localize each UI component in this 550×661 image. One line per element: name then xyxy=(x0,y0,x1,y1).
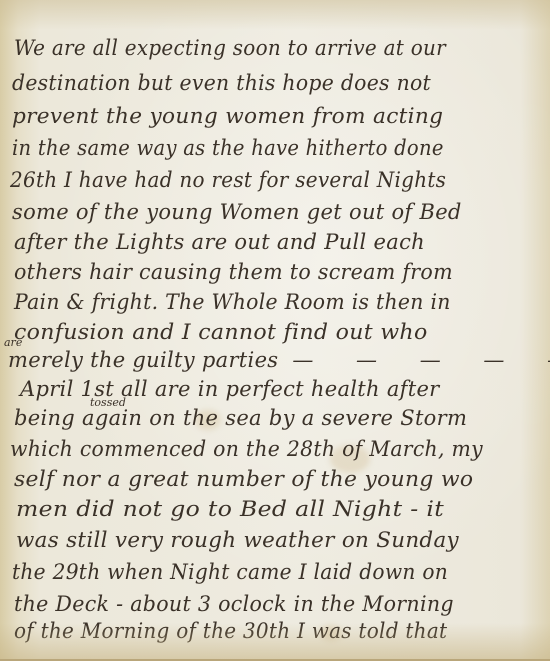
text-line-4: in the same way as the have hitherto don… xyxy=(12,136,444,160)
text-line-16: men did not go to Bed all Night - it xyxy=(16,497,444,521)
text-line-17: was still very rough weather on Sunday xyxy=(16,528,459,552)
text-line-20: of the Morning of the 30th I was told th… xyxy=(14,619,447,643)
text-line-18: the 29th when Night came I laid down on xyxy=(12,560,448,584)
text-line-11-text: merely the guilty parties xyxy=(8,348,278,372)
text-line-6: some of the young Women get out of Bed xyxy=(12,200,462,224)
text-line-14: which commenced on the 28th of March, my xyxy=(10,437,483,461)
text-line-15: self nor a great number of the young wo xyxy=(14,467,473,491)
manuscript-page: We are all expecting soon to arrive at o… xyxy=(0,0,550,661)
text-line-7: after the Lights are out and Pull each xyxy=(14,230,425,254)
text-line-8: others hair causing them to scream from xyxy=(14,260,453,284)
text-line-10: confusion and I cannot find out who xyxy=(14,320,428,344)
line-dashes: — — — — — xyxy=(292,348,550,372)
text-line-3: prevent the young women from acting xyxy=(12,104,443,128)
text-line-12: April 1st all are in perfect health afte… xyxy=(20,377,440,401)
text-line-11: merely the guilty parties— — — — — xyxy=(8,348,550,372)
text-line-1: We are all expecting soon to arrive at o… xyxy=(14,36,446,60)
text-line-2: destination but even this hope does not xyxy=(12,71,431,95)
text-line-19: the Deck - about 3 oclock in the Morning xyxy=(14,592,454,616)
text-line-5: 26th I have had no rest for several Nigh… xyxy=(10,168,446,192)
text-line-13: being again on the sea by a severe Storm xyxy=(14,406,467,430)
text-line-9: Pain & fright. The Whole Room is then in xyxy=(14,290,451,314)
